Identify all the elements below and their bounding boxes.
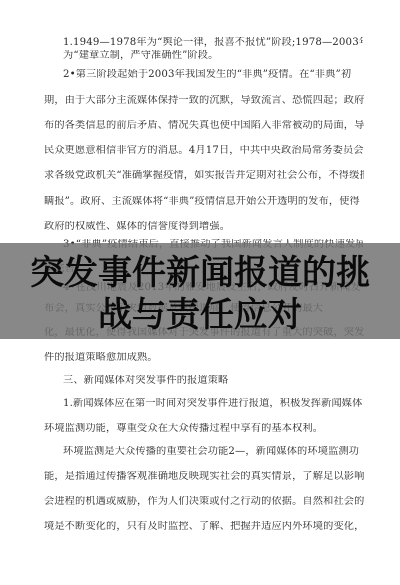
document-text-line: 2•第三阶段起始于2003年我国发生的“非典”疫情。在“非典”初 [63,69,363,81]
document-text-line: 为“建章立制，严守准确性”阶段。 [63,50,363,62]
document-text-line: 三、新闻媒体对突发事件的报道策略 [63,375,363,387]
document-text-line: 环境监测是大众传播的重要社会功能2—，新闻媒体的环境监测功 [63,446,363,458]
document-text-line: 会进程的机遇或威胁，作为人们决策或付之行动的依据。自然和社会的环 [44,496,364,508]
overlay-title-line-1: 突发事件新闻报道的挑 [0,253,400,293]
title-overlay-band: 突发事件新闻报道的挑 战与责任应对 [0,243,400,339]
document-text-line: 求各级党政机关“准确掌握疫情，如实报告并定期对社会公布，不得缓报、 [44,170,364,182]
document-text-line: 1.1949—1978年为“舆论一律，报喜不报忧”阶段;1978—2003年 [63,37,363,49]
document-text-line: 1.新闻媒体应在第一时间对突发事件进行报道，积极发挥新闻媒体的 [63,398,363,410]
document-text-line: 布的各类信息的前后矛盾、情况失真也使中国陷入非常被动的局面，导致 [44,120,364,132]
document-text-line: 件的报道策略愈加成熟。 [44,352,364,364]
overlay-title-line-2: 战与责任应对 [0,295,400,335]
document-text-line: 政府的权威性、媒体的信誉度得到增强。 [44,221,364,233]
document-text-line: 能，是指通过传播客观准确地反映现实社会的真实情景，了解足以影响社 [44,471,364,483]
document-text-line: 境是不断变化的，只有及时监控、了解、把握并适应内外环境的变化，人 [44,521,364,533]
document-text-line: 瞒报”。政府、主流媒体将“非典”疫情信息开始公开透明的发布，使得 [44,196,364,208]
document-text-line: 民众更愿意相信非官方的消息。4月17日，中共中央政治局常务委员会要 [44,145,364,157]
document-text-line: 期，由于大部分主流媒体保持一致的沉默，导致流言、恐慌四起；政府公 [44,95,364,107]
document-text-line: 环境监测功能，尊重受众在大众传播过程中享有的基本权利。 [44,423,364,435]
